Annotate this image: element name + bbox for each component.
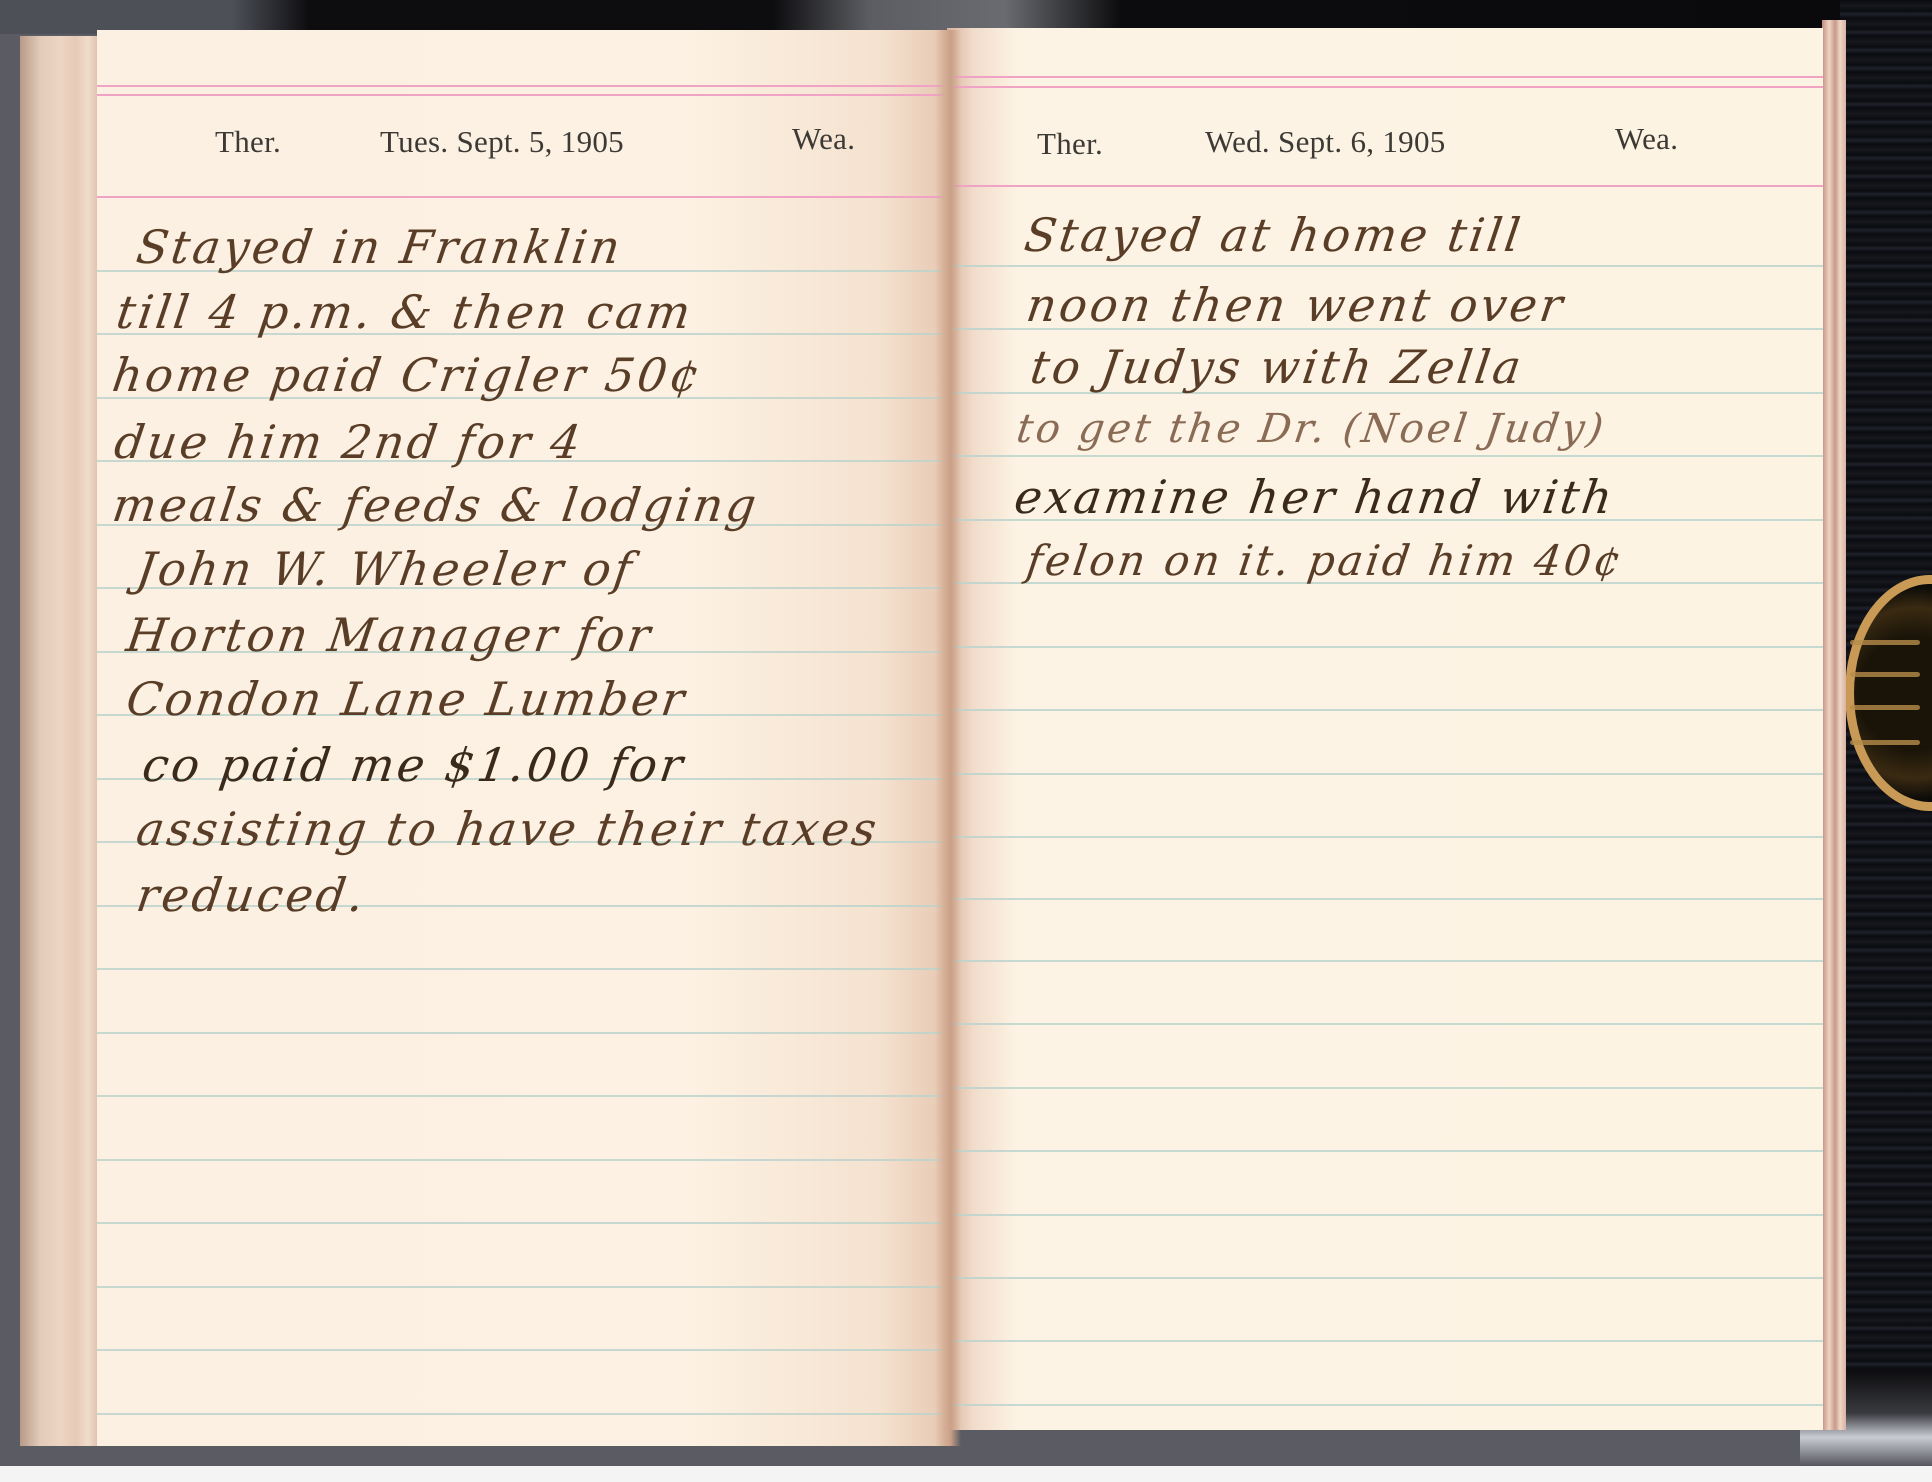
page-date: Wed. Sept. 6, 1905 — [1205, 124, 1446, 160]
emblem-detail — [1850, 672, 1920, 677]
emblem-detail — [1850, 740, 1920, 745]
ruled-line — [947, 455, 1823, 457]
ruled-line — [97, 1095, 947, 1097]
ther-label: Ther. — [215, 124, 281, 160]
ruled-line — [947, 836, 1823, 838]
ruled-line — [97, 1286, 947, 1288]
entry-line: co paid me $1.00 for — [139, 738, 689, 792]
entry-line: Horton Manager for — [123, 608, 656, 662]
ruled-line — [947, 646, 1823, 648]
entry-line: due him 2nd for 4 — [111, 415, 587, 469]
entry-line: reduced. — [133, 868, 370, 922]
header-rule — [97, 85, 947, 87]
ruled-line — [947, 1087, 1823, 1089]
ruled-line — [97, 1222, 947, 1224]
ruled-line — [947, 898, 1823, 900]
wea-label: Wea. — [792, 121, 855, 157]
ther-label: Ther. — [1037, 126, 1103, 162]
entry-line: to Judys with Zella — [1027, 340, 1527, 394]
ruled-line — [97, 1349, 947, 1351]
entry-line: felon on it. paid him 40¢ — [1024, 536, 1628, 585]
header-rule — [97, 94, 947, 96]
ruled-line — [97, 1413, 947, 1415]
entry-line: examine her hand with — [1011, 470, 1618, 524]
entry-line: Condon Lane Lumber — [123, 672, 690, 726]
emblem-detail — [1850, 640, 1920, 645]
emblem-detail — [1850, 705, 1920, 710]
entry-line: noon then went over — [1023, 278, 1569, 332]
ruled-line — [947, 1214, 1823, 1216]
header-rule — [97, 196, 947, 198]
ruled-line — [947, 960, 1823, 962]
ruled-line — [947, 709, 1823, 711]
wea-label: Wea. — [1615, 121, 1678, 157]
ruled-line — [947, 1023, 1823, 1025]
entry-line: Stayed in Franklin — [133, 220, 626, 274]
ruled-line — [947, 1404, 1823, 1406]
entry-line: meals & feeds & lodging — [109, 478, 762, 532]
header-rule — [947, 86, 1823, 88]
entry-line: John W. Wheeler of — [133, 542, 638, 596]
left-page: Ther. Tues. Sept. 5, 1905 Wea. Stayed in… — [97, 30, 947, 1446]
ruled-line — [947, 773, 1823, 775]
ruled-line — [97, 1032, 947, 1034]
ruled-line — [97, 968, 947, 970]
book-gutter — [935, 30, 961, 1446]
background-bottom — [0, 1466, 1932, 1482]
ruled-line — [947, 1277, 1823, 1279]
ruled-line — [947, 265, 1823, 267]
entry-line: Stayed at home till — [1021, 208, 1526, 262]
entry-line: assisting to have their taxes — [133, 802, 882, 856]
ruled-line — [947, 1150, 1823, 1152]
page-edges-left — [20, 36, 100, 1446]
ruled-line — [947, 1340, 1823, 1342]
entry-line: home paid Crigler 50¢ — [109, 348, 706, 402]
ruled-line — [97, 1159, 947, 1161]
right-page: Ther. Wed. Sept. 6, 1905 Wea. Stayed at … — [947, 28, 1823, 1430]
header-rule — [947, 185, 1823, 187]
header-rule — [947, 76, 1823, 78]
entry-line: till 4 p.m. & then cam — [113, 285, 697, 339]
page-edges-right — [1822, 20, 1846, 1430]
entry-line: to get the Dr. (Noel Judy) — [1014, 406, 1609, 452]
page-date: Tues. Sept. 5, 1905 — [380, 124, 624, 160]
